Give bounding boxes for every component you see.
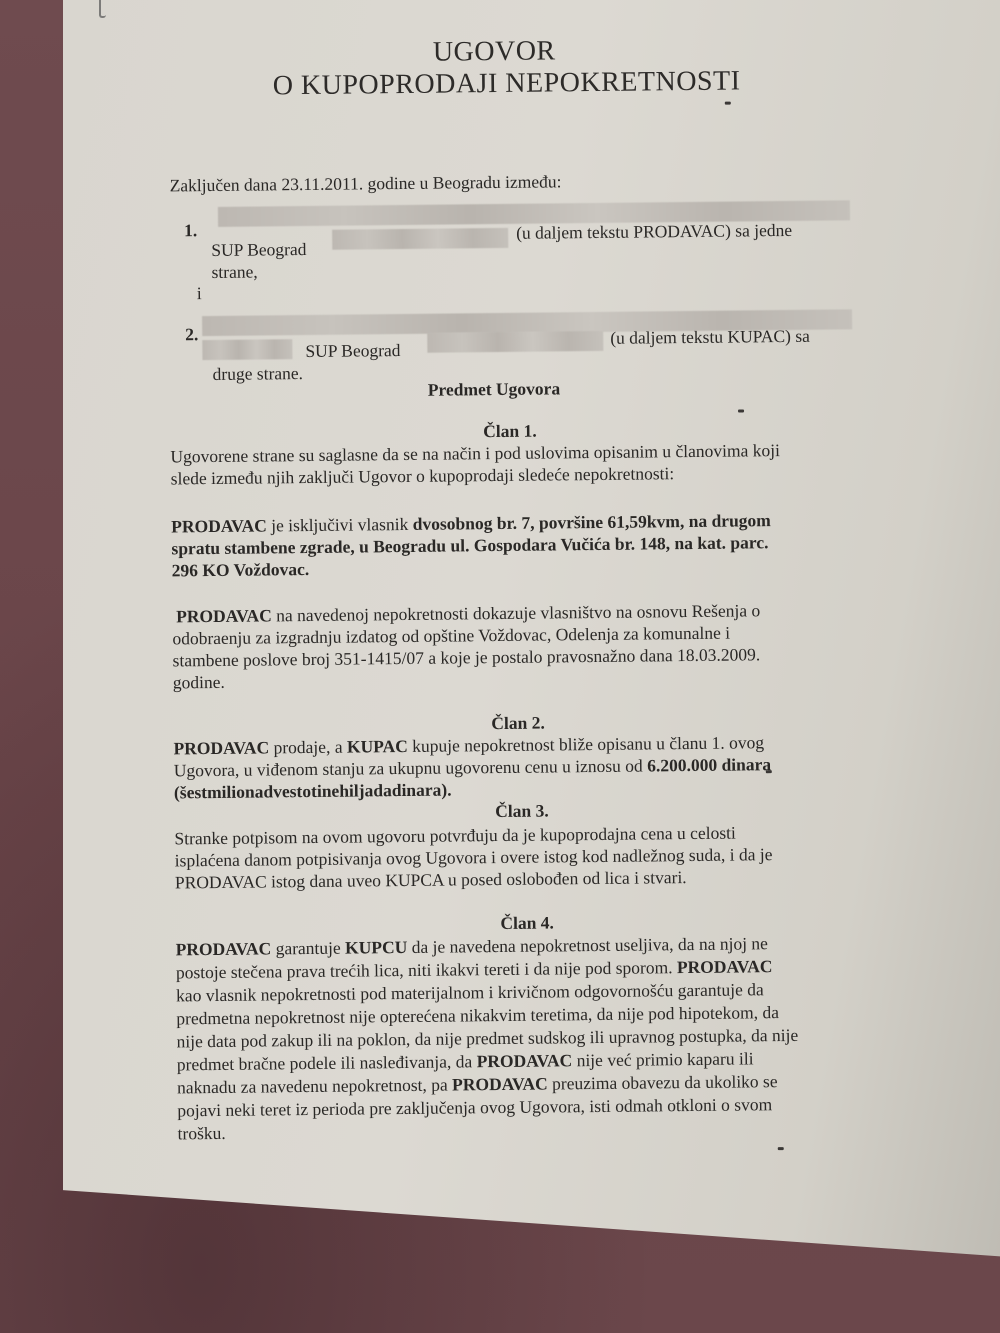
article-2-heading: Član 2. — [491, 712, 545, 735]
buyer-term: KUPCU — [345, 937, 407, 958]
text-span: da je navedena nepokretnost useljiva, da… — [407, 933, 768, 957]
seller-term: PRODAVAC — [677, 956, 773, 977]
article-1-ownership: godine. — [173, 671, 225, 694]
text-span: nije već primio kaparu ili — [572, 1048, 753, 1070]
seller-term: PRODAVAC — [477, 1050, 573, 1071]
party1-number: 1. — [184, 219, 197, 241]
ink-speck — [778, 1147, 784, 1150]
ink-speck — [738, 409, 744, 412]
party1-role-text: (u daljem tekstu PRODAVAC) sa jedne — [516, 220, 792, 243]
party2-number: 2. — [185, 323, 198, 345]
party2-continuation: druge strane. — [213, 362, 304, 385]
redacted-party1-id — [332, 228, 508, 250]
article-4-heading: Član 4. — [500, 911, 554, 934]
text-span: naknadu za navedenu nepokretnost, pa — [177, 1075, 452, 1098]
conjunction-and: i — [197, 282, 202, 304]
text-span: postoje stečena prava trećih lica, niti … — [176, 957, 677, 982]
ink-speck — [766, 770, 772, 773]
price-amount: 6.200.000 dinara — [647, 754, 771, 775]
article-3-heading: Član 3. — [495, 800, 549, 823]
party1-office: SUP Beograd — [211, 238, 306, 261]
subject-heading: Predmet Ugovora — [428, 377, 561, 400]
article-4-text: trošku. — [177, 1122, 225, 1145]
article-1-text: Ugovorene strane su saglasne da se na na… — [170, 439, 780, 467]
seller-term: PRODAVAC — [452, 1074, 548, 1095]
text-span: Ugovora, u viđenom stanju za ukupnu ugov… — [174, 755, 648, 780]
party2-office: SUP Beograd — [305, 339, 400, 362]
article-1-heading: Član 1. — [483, 420, 537, 443]
text-span: garantuje — [271, 938, 345, 959]
seller-term: PRODAVAC — [171, 515, 267, 536]
article-1-property: 296 KO Voždovac. — [172, 558, 310, 581]
seller-term: PRODAVAC — [176, 938, 272, 959]
ink-speck — [725, 102, 731, 105]
intro-line: Zaključen dana 23.11.2011. godine u Beog… — [170, 170, 562, 196]
contract-document: UGOVOR O KUPOPRODAJI NEPOKRETNOSTI Zaklj… — [0, 0, 1000, 1333]
article-3-text: PRODAVAC istog dana uveo KUPCA u posed o… — [175, 866, 687, 893]
party1-role: (u daljem tekstu PRODAVAC) sa jedne — [516, 219, 792, 244]
text-span: je isključivi vlasnik — [267, 514, 413, 536]
redacted-party2-id — [427, 331, 603, 353]
seller-term: PRODAVAC — [173, 737, 269, 758]
buyer-term: KUPAC — [347, 736, 408, 757]
text-span: predmet bračne podele ili nasleđivanja, … — [177, 1051, 477, 1074]
text-span: prodaje, a — [269, 737, 347, 758]
party1-continuation: strane, — [211, 261, 257, 283]
article-1-text: slede između njih zaključi Ugovor o kupo… — [171, 462, 675, 489]
article-1-ownership: stambene poslove broj 351-1415/07 a koje… — [172, 643, 760, 671]
property-details: dvosobnog br. 7, površine 61,59kvm, na d… — [413, 510, 771, 534]
text-span: preuzima obavezu da ukoliko se — [548, 1071, 778, 1093]
price-in-words: (šestmilionadvestotinehiljadadinara). — [174, 779, 452, 804]
text-span: kupuje nepokretnost bliže opisanu u član… — [408, 732, 764, 756]
redacted-party2-prefix — [202, 339, 292, 360]
party2-role: (u daljem tekstu KUPAC) sa — [610, 325, 810, 349]
seller-term: PRODAVAC — [176, 605, 272, 626]
